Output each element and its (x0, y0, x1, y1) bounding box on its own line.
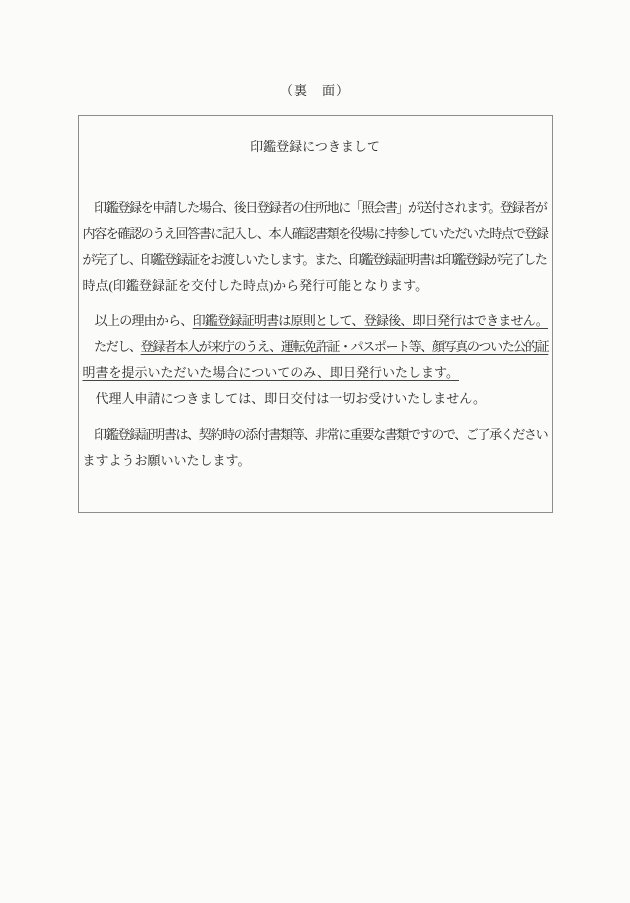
text-line: 以上の理由から、印鑑登録証明書は原則として、登録後、即日発行はできません。 (83, 308, 548, 334)
text-segment: ますようお願いいたします。 (83, 453, 251, 468)
underlined-text: 印鑑登録証明書は原則として、登録後、即日発行はできません。 (193, 313, 548, 328)
text-line: 代理人申請につきましては、即日交付は一切お受けいたしません。 (83, 386, 548, 412)
text-segment: 内容を確認のうえ回答書に記入し、本人確認書類を役場に持参していただいた時点で登録 (83, 226, 548, 241)
text-segment: が完了し、印鑑登録証をお渡しいたします。また、印鑑登録証明書は印鑑登録が完了した (83, 252, 547, 267)
para-important-document: 印鑑登録証明書は、契約時の添付書類等、非常に重要な書類ですので、ご了承くださいま… (83, 422, 548, 474)
text-segment: 時点(印鑑登録証を交付した時点)から発行可能となります。 (83, 278, 429, 293)
underlined-text: 登録者本人が来庁のうえ、運転免許証・パスポート等、顔写真のついた公的証 (141, 339, 549, 354)
para-proxy-application: 代理人申請につきましては、即日交付は一切お受けいたしません。 (83, 386, 548, 412)
para-no-same-day-issue: 以上の理由から、印鑑登録証明書は原則として、登録後、即日発行はできません。 (83, 308, 548, 334)
text-segment: 以上の理由から、 (83, 313, 193, 328)
text-line: が完了し、印鑑登録証をお渡しいたします。また、印鑑登録証明書は印鑑登録が完了した (83, 247, 548, 273)
para-same-day-exception: ただし、登録者本人が来庁のうえ、運転免許証・パスポート等、顔写真のついた公的証明… (83, 334, 548, 386)
page-side-label: （裏 面） (0, 0, 630, 98)
text-segment: 代理人申請につきましては、即日交付は一切お受けいたしません。 (83, 391, 487, 406)
text-line: ますようお願いいたします。 (83, 448, 548, 474)
text-line: 明書を提示いただいた場合についてのみ、即日発行いたします。 (83, 360, 548, 386)
notice-title: 印鑑登録につきまして (83, 134, 548, 160)
text-line: ただし、登録者本人が来庁のうえ、運転免許証・パスポート等、顔写真のついた公的証 (83, 334, 548, 360)
text-segment: 印鑑登録証明書は、契約時の添付書類等、非常に重要な書類ですので、ご了承ください (83, 427, 548, 442)
text-line: 内容を確認のうえ回答書に記入し、本人確認書類を役場に持参していただいた時点で登録 (83, 221, 548, 247)
underlined-text: 明書を提示いただいた場合についてのみ、即日発行いたします。 (83, 365, 459, 380)
text-line: 印鑑登録を申請した場合、後日登録者の住所地に「照会書」が送付されます。登録者が (83, 195, 548, 221)
notice-box: 印鑑登録につきまして 印鑑登録を申請した場合、後日登録者の住所地に「照会書」が送… (78, 115, 553, 513)
document-page: （裏 面） 印鑑登録につきまして 印鑑登録を申請した場合、後日登録者の住所地に「… (0, 0, 630, 903)
text-line: 印鑑登録証明書は、契約時の添付書類等、非常に重要な書類ですので、ご了承ください (83, 422, 548, 448)
text-segment: ただし、 (83, 339, 141, 354)
text-segment: 印鑑登録を申請した場合、後日登録者の住所地に「照会書」が送付されます。登録者が (83, 200, 547, 215)
notice-paragraphs: 印鑑登録を申請した場合、後日登録者の住所地に「照会書」が送付されます。登録者が内… (83, 195, 548, 474)
para-registration-process: 印鑑登録を申請した場合、後日登録者の住所地に「照会書」が送付されます。登録者が内… (83, 195, 548, 299)
text-line: 時点(印鑑登録証を交付した時点)から発行可能となります。 (83, 273, 548, 299)
